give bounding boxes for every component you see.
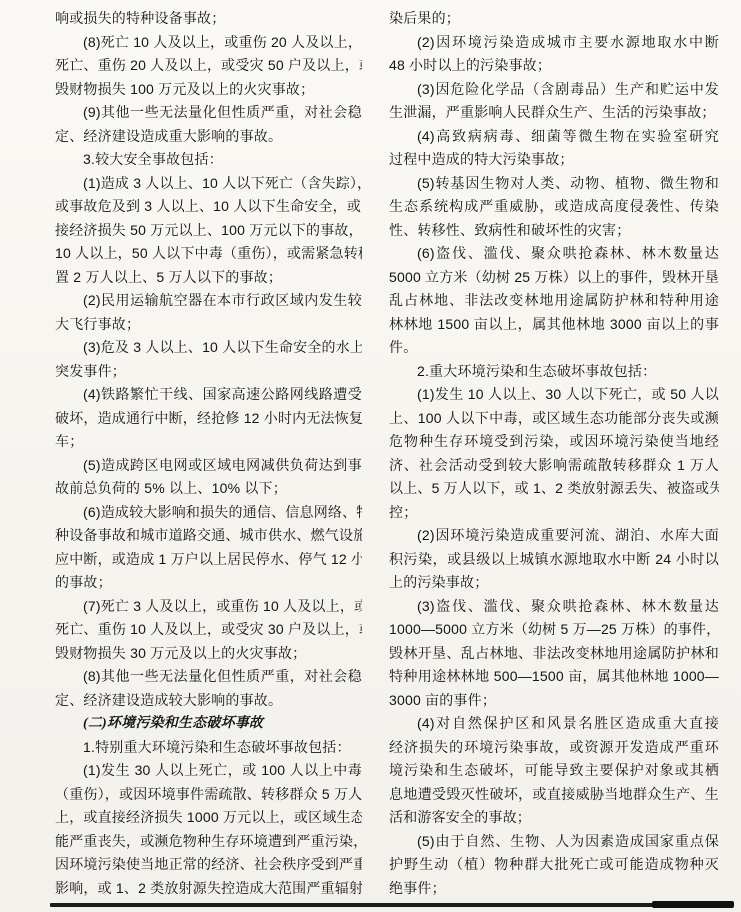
text-line: (2)因环境污染造成重要河流、湖泊、水库大面 <box>389 524 719 548</box>
text-line: 毁林开垦、乱占林地、非法改变林地用途属防护林和 <box>389 642 719 666</box>
text-line: (1)发生 10 人以上、30 人以下死亡，或 50 人以 <box>389 383 719 407</box>
text-line: 以上、5 万人以下，或 1、2 类放射源丢失、被盗或失 <box>389 477 719 501</box>
text-line: (6)盗伐、滥伐、聚众哄抢森林、林木数量达 <box>389 242 719 266</box>
text-line: (8)死亡 10 人及以上，或重伤 20 人及以上，或 <box>55 31 362 55</box>
text-line: (4)高致病病毒、细菌等微生物在实验室研究 <box>389 125 719 149</box>
text-line: 经济损失的环境污染事故，或资源开发造成严重环 <box>389 736 719 760</box>
text-line: 的事故； <box>55 571 362 595</box>
text-line: 破坏，造成通行中断，经抢修 12 小时内无法恢复通 <box>55 407 362 431</box>
text-line: 10 人以上，50 人以下中毒（重伤），或需紧急转移安 <box>55 242 362 266</box>
text-line: 过程中造成的特大污染事故； <box>389 148 719 172</box>
text-line: 1000—5000 立方米（幼树 5 万—25 万株）的事件， <box>389 618 719 642</box>
text-line: 3000 亩的事件； <box>389 689 719 713</box>
text-column-right: 染后果的；(2)因环境污染造成城市主要水源地取水中断48 小时以上的污染事故；(… <box>389 7 719 900</box>
text-line: 乱占林地、非法改变林地用途属防护林和特种用途 <box>389 289 719 313</box>
text-line: (4)铁路繁忙干线、国家高速公路网线路遭受 <box>55 383 362 407</box>
text-line: 生泄漏，严重影响人民群众生产、生活的污染事故； <box>389 101 719 125</box>
text-line: 染后果的； <box>389 7 719 31</box>
text-line: 或事故危及到 3 人以上、10 人以下生命安全，或直 <box>55 195 362 219</box>
text-line: 3.较大安全事故包括： <box>55 148 362 172</box>
text-line: 上的污染事故； <box>389 571 719 595</box>
text-line: 活和游客安全的事故； <box>389 806 719 830</box>
text-line: 上，或直接经济损失 1000 万元以上，或区域生态功 <box>55 806 362 830</box>
text-line: 置 2 万人以上、5 万人以下的事故； <box>55 266 362 290</box>
text-line: 绝事件； <box>389 877 719 901</box>
text-line: (3)危及 3 人以上、10 人以下生命安全的水上 <box>55 336 362 360</box>
text-line: 影响，或 1、2 类放射源失控造成大范围严重辐射污 <box>55 877 362 901</box>
text-line: 故前总负荷的 5% 以上、10% 以下； <box>55 477 362 501</box>
text-line: 5000 立方米（幼树 25 万株）以上的事件，毁林开垦、 <box>389 266 719 290</box>
text-line: 积污染，或县级以上城镇水源地取水中断 24 小时以 <box>389 548 719 572</box>
text-line: 车； <box>55 430 362 454</box>
text-line: (3)因危险化学品（含剧毒品）生产和贮运中发 <box>389 78 719 102</box>
text-line: 上、100 人以下中毒，或区域生态功能部分丧失或濒 <box>389 407 719 431</box>
text-line: (3)盗伐、滥伐、聚众哄抢森林、林木数量达 <box>389 595 719 619</box>
text-line: 济、社会活动受到较大影响需疏散转移群众 1 万人 <box>389 454 719 478</box>
text-line: （重伤），或因环境事件需疏散、转移群众 5 万人以 <box>55 783 362 807</box>
text-line: 能严重丧失，或濒危物种生存环境遭到严重污染，或 <box>55 830 362 854</box>
text-line: (5)由于自然、生物、人为因素造成国家重点保 <box>389 830 719 854</box>
text-column-left: 响或损失的特种设备事故；(8)死亡 10 人及以上，或重伤 20 人及以上，或死… <box>55 7 362 900</box>
text-line: (9)其他一些无法量化但性质严重，对社会稳 <box>55 101 362 125</box>
section-heading-line: (二)环境污染和生态破坏事故 <box>55 712 362 736</box>
text-line: (7)死亡 3 人及以上，或重伤 10 人及以上，或 <box>55 595 362 619</box>
text-line: 性、转移性、致病性和破坏性的灾害； <box>389 219 719 243</box>
text-line: (6)造成较大影响和损失的通信、信息网络、特 <box>55 501 362 525</box>
text-line: 种设备事故和城市道路交通、城市供水、燃气设施供 <box>55 524 362 548</box>
text-line: 境污染和生态破坏，可能导致主要保护对象或其栖 <box>389 759 719 783</box>
text-line: 危物种生存环境受到污染，或因环境污染使当地经 <box>389 430 719 454</box>
text-line: 林林地 1500 亩以上，属其他林地 3000 亩以上的事 <box>389 313 719 337</box>
text-line: (5)造成跨区电网或区域电网减供负荷达到事 <box>55 454 362 478</box>
text-line: (4)对自然保护区和风景名胜区造成重大直接 <box>389 712 719 736</box>
text-line: 2.重大环境污染和生态破坏事故包括： <box>389 360 719 384</box>
text-line: 应中断，或造成 1 万户以上居民停水、停气 12 小时 <box>55 548 362 572</box>
text-line: (1)发生 30 人以上死亡，或 100 人以上中毒 <box>55 759 362 783</box>
text-line: 接经济损失 50 万元以上、100 万元以下的事故，或 <box>55 219 362 243</box>
text-line: 响或损失的特种设备事故； <box>55 7 362 31</box>
scanned-document-page: 响或损失的特种设备事故；(8)死亡 10 人及以上，或重伤 20 人及以上，或死… <box>0 0 741 912</box>
text-line: 件。 <box>389 336 719 360</box>
text-line: 护野生动（植）物种群大批死亡或可能造成物种灭 <box>389 853 719 877</box>
text-line: 死亡、重伤 10 人及以上，或受灾 30 户及以上，或烧 <box>55 618 362 642</box>
text-line: 突发事件； <box>55 360 362 384</box>
page-bottom-rule <box>50 903 734 907</box>
page-bottom-rule-blob <box>652 901 734 908</box>
text-line: 48 小时以上的污染事故； <box>389 54 719 78</box>
text-line: 控； <box>389 501 719 525</box>
text-line: 定、经济建设造成重大影响的事故。 <box>55 125 362 149</box>
text-line: 1.特别重大环境污染和生态破坏事故包括： <box>55 736 362 760</box>
text-line: (5)转基因生物对人类、动物、植物、微生物和 <box>389 172 719 196</box>
text-line: (2)因环境污染造成城市主要水源地取水中断 <box>389 31 719 55</box>
text-line: 特种用途林林地 500—1500 亩，属其他林地 1000— <box>389 665 719 689</box>
text-line: 定、经济建设造成较大影响的事故。 <box>55 689 362 713</box>
text-line: 息地遭受毁灭性破坏，或直接威胁当地群众生产、生 <box>389 783 719 807</box>
text-line: 毁财物损失 30 万元及以上的火灾事故； <box>55 642 362 666</box>
text-line: 因环境污染使当地正常的经济、社会秩序受到严重 <box>55 853 362 877</box>
text-line: (2)民用运输航空器在本市行政区域内发生较 <box>55 289 362 313</box>
text-line: 死亡、重伤 20 人及以上，或受灾 50 户及以上，或烧 <box>55 54 362 78</box>
text-line: (1)造成 3 人以上、10 人以下死亡（含失踪）， <box>55 172 362 196</box>
text-line: 毁财物损失 100 万元及以上的火灾事故； <box>55 78 362 102</box>
text-line: 生态系统构成严重威胁，或造成高度侵袭性、传染 <box>389 195 719 219</box>
text-line: 大飞行事故； <box>55 313 362 337</box>
text-line: (8)其他一些无法量化但性质严重，对社会稳 <box>55 665 362 689</box>
